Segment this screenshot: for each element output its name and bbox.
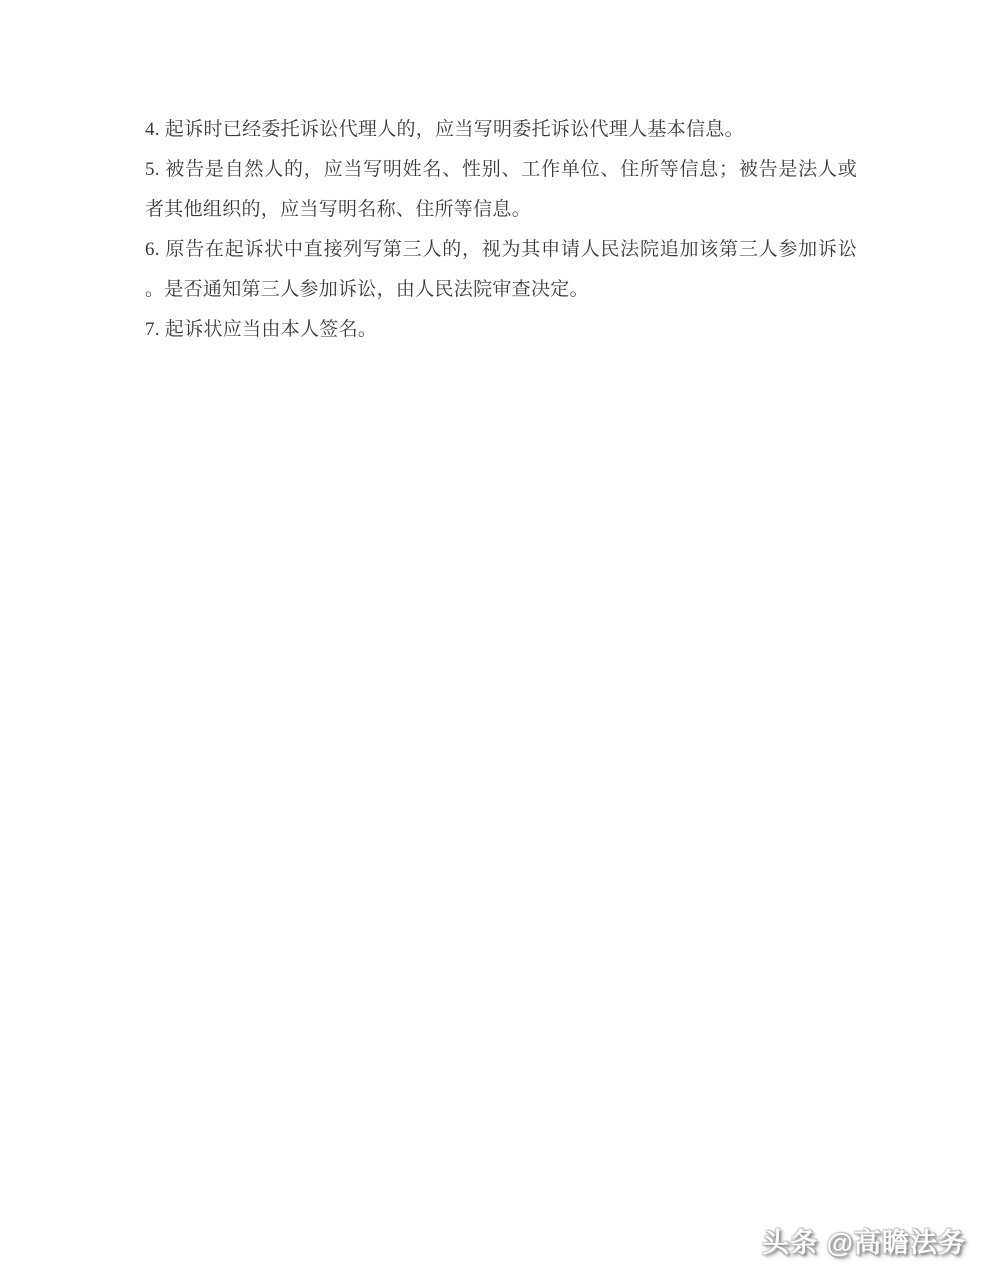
watermark-toutiao: 头条 @高瞻法务 [762, 1221, 966, 1260]
list-item-5-line-2: 者其他组织的，应当写明名称、住所等信息。 [145, 190, 860, 230]
body-text: 4. 起诉时已经委托诉讼代理人的，应当写明委托诉讼代理人基本信息。 5. 被告是… [145, 110, 860, 350]
list-item-6-line-1: 6. 原告在起诉状中直接列写第三人的，视为其申请人民法院追加该第三人参加诉讼 [145, 230, 857, 270]
list-item-5-line-1: 5. 被告是自然人的，应当写明姓名、性别、工作单位、住所等信息；被告是法人或 [145, 150, 857, 190]
list-item-4: 4. 起诉时已经委托诉讼代理人的，应当写明委托诉讼代理人基本信息。 [145, 110, 860, 150]
list-item-6-line-2: 。是否通知第三人参加诉讼，由人民法院审查决定。 [145, 270, 860, 310]
document-page: 4. 起诉时已经委托诉讼代理人的，应当写明委托诉讼代理人基本信息。 5. 被告是… [0, 0, 988, 1280]
list-item-7: 7. 起诉状应当由本人签名。 [145, 310, 860, 350]
